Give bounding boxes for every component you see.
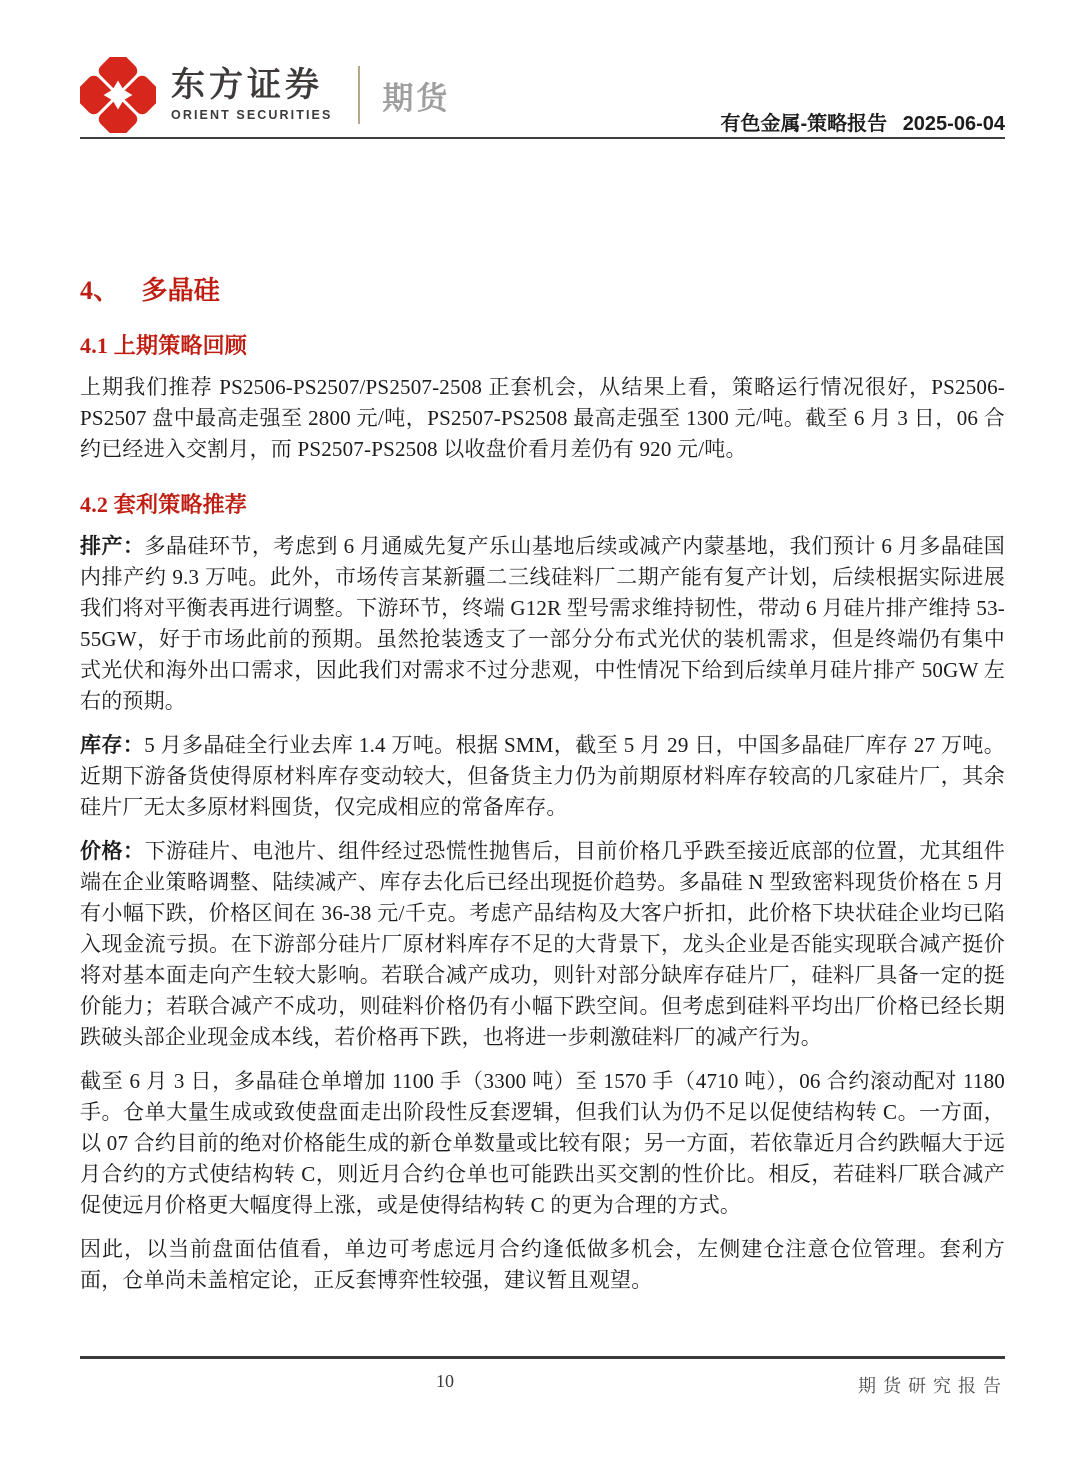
section-heading-polysilicon: 4、多晶硅: [80, 276, 1005, 306]
paragraph-label-price: 价格：: [80, 839, 145, 863]
page-number: 10: [436, 1371, 454, 1392]
paragraph-label-production: 排产：: [80, 534, 144, 558]
paragraph-label-inventory: 库存：: [80, 733, 144, 757]
section-title: 多晶硅: [141, 276, 220, 305]
paragraph-inventory: 库存：5 月多晶硅全行业去库 1.4 万吨。根据 SMM，截至 5 月 29 日…: [80, 730, 1005, 823]
footer-rule: [80, 1356, 1005, 1359]
paragraph-text-production: 多晶硅环节，考虑到 6 月通威先复产乐山基地后续或减产内蒙基地，我们预计 6 月…: [80, 534, 1005, 713]
report-date: 2025-06-04: [903, 113, 1005, 135]
report-type-label: 有色金属-策略报告: [720, 113, 887, 135]
header-rule: [80, 137, 1005, 139]
paragraph-production-schedule: 排产：多晶硅环节，考虑到 6 月通威先复产乐山基地后续或减产内蒙基地，我们预计 …: [80, 531, 1005, 717]
section-number: 4、: [80, 276, 119, 305]
subsection-heading-strategy-review: 4.1 上期策略回顾: [80, 332, 1005, 360]
paragraph-text-inventory: 5 月多晶硅全行业去库 1.4 万吨。根据 SMM，截至 5 月 29 日，中国…: [80, 733, 1005, 819]
report-meta: 有色金属-策略报告 2025-06-04: [80, 107, 1005, 136]
paragraph-price: 价格：下游硅片、电池片、组件经过恐慌性抛售后，目前价格几乎跌至接近底部的位置，尤…: [80, 836, 1005, 1053]
paragraph-strategy-review: 上期我们推荐 PS2506-PS2507/PS2507-2508 正套机会，从结…: [80, 372, 1005, 465]
brand-name-cn: 东方证券: [171, 68, 332, 102]
report-body: 4、多晶硅 4.1 上期策略回顾 上期我们推荐 PS2506-PS2507/PS…: [80, 276, 1005, 1296]
paragraph-text-price: 下游硅片、电池片、组件经过恐慌性抛售后，目前价格几乎跌至接近底部的位置，尤其组件…: [80, 839, 1005, 1049]
report-page: 东方证券 ORIENT SECURITIES 期货 有色金属-策略报告 2025…: [0, 0, 1080, 1466]
footer-report-label: 期货研究报告: [858, 1372, 1008, 1398]
paragraph-warehouse-receipts: 截至 6 月 3 日，多晶硅仓单增加 1100 手（3300 吨）至 1570 …: [80, 1066, 1005, 1221]
subsection-heading-arbitrage-recommendation: 4.2 套利策略推荐: [80, 491, 1005, 519]
paragraph-conclusion: 因此，以当前盘面估值看，单边可考虑远月合约逢低做多机会，左侧建仓注意仓位管理。套…: [80, 1234, 1005, 1296]
